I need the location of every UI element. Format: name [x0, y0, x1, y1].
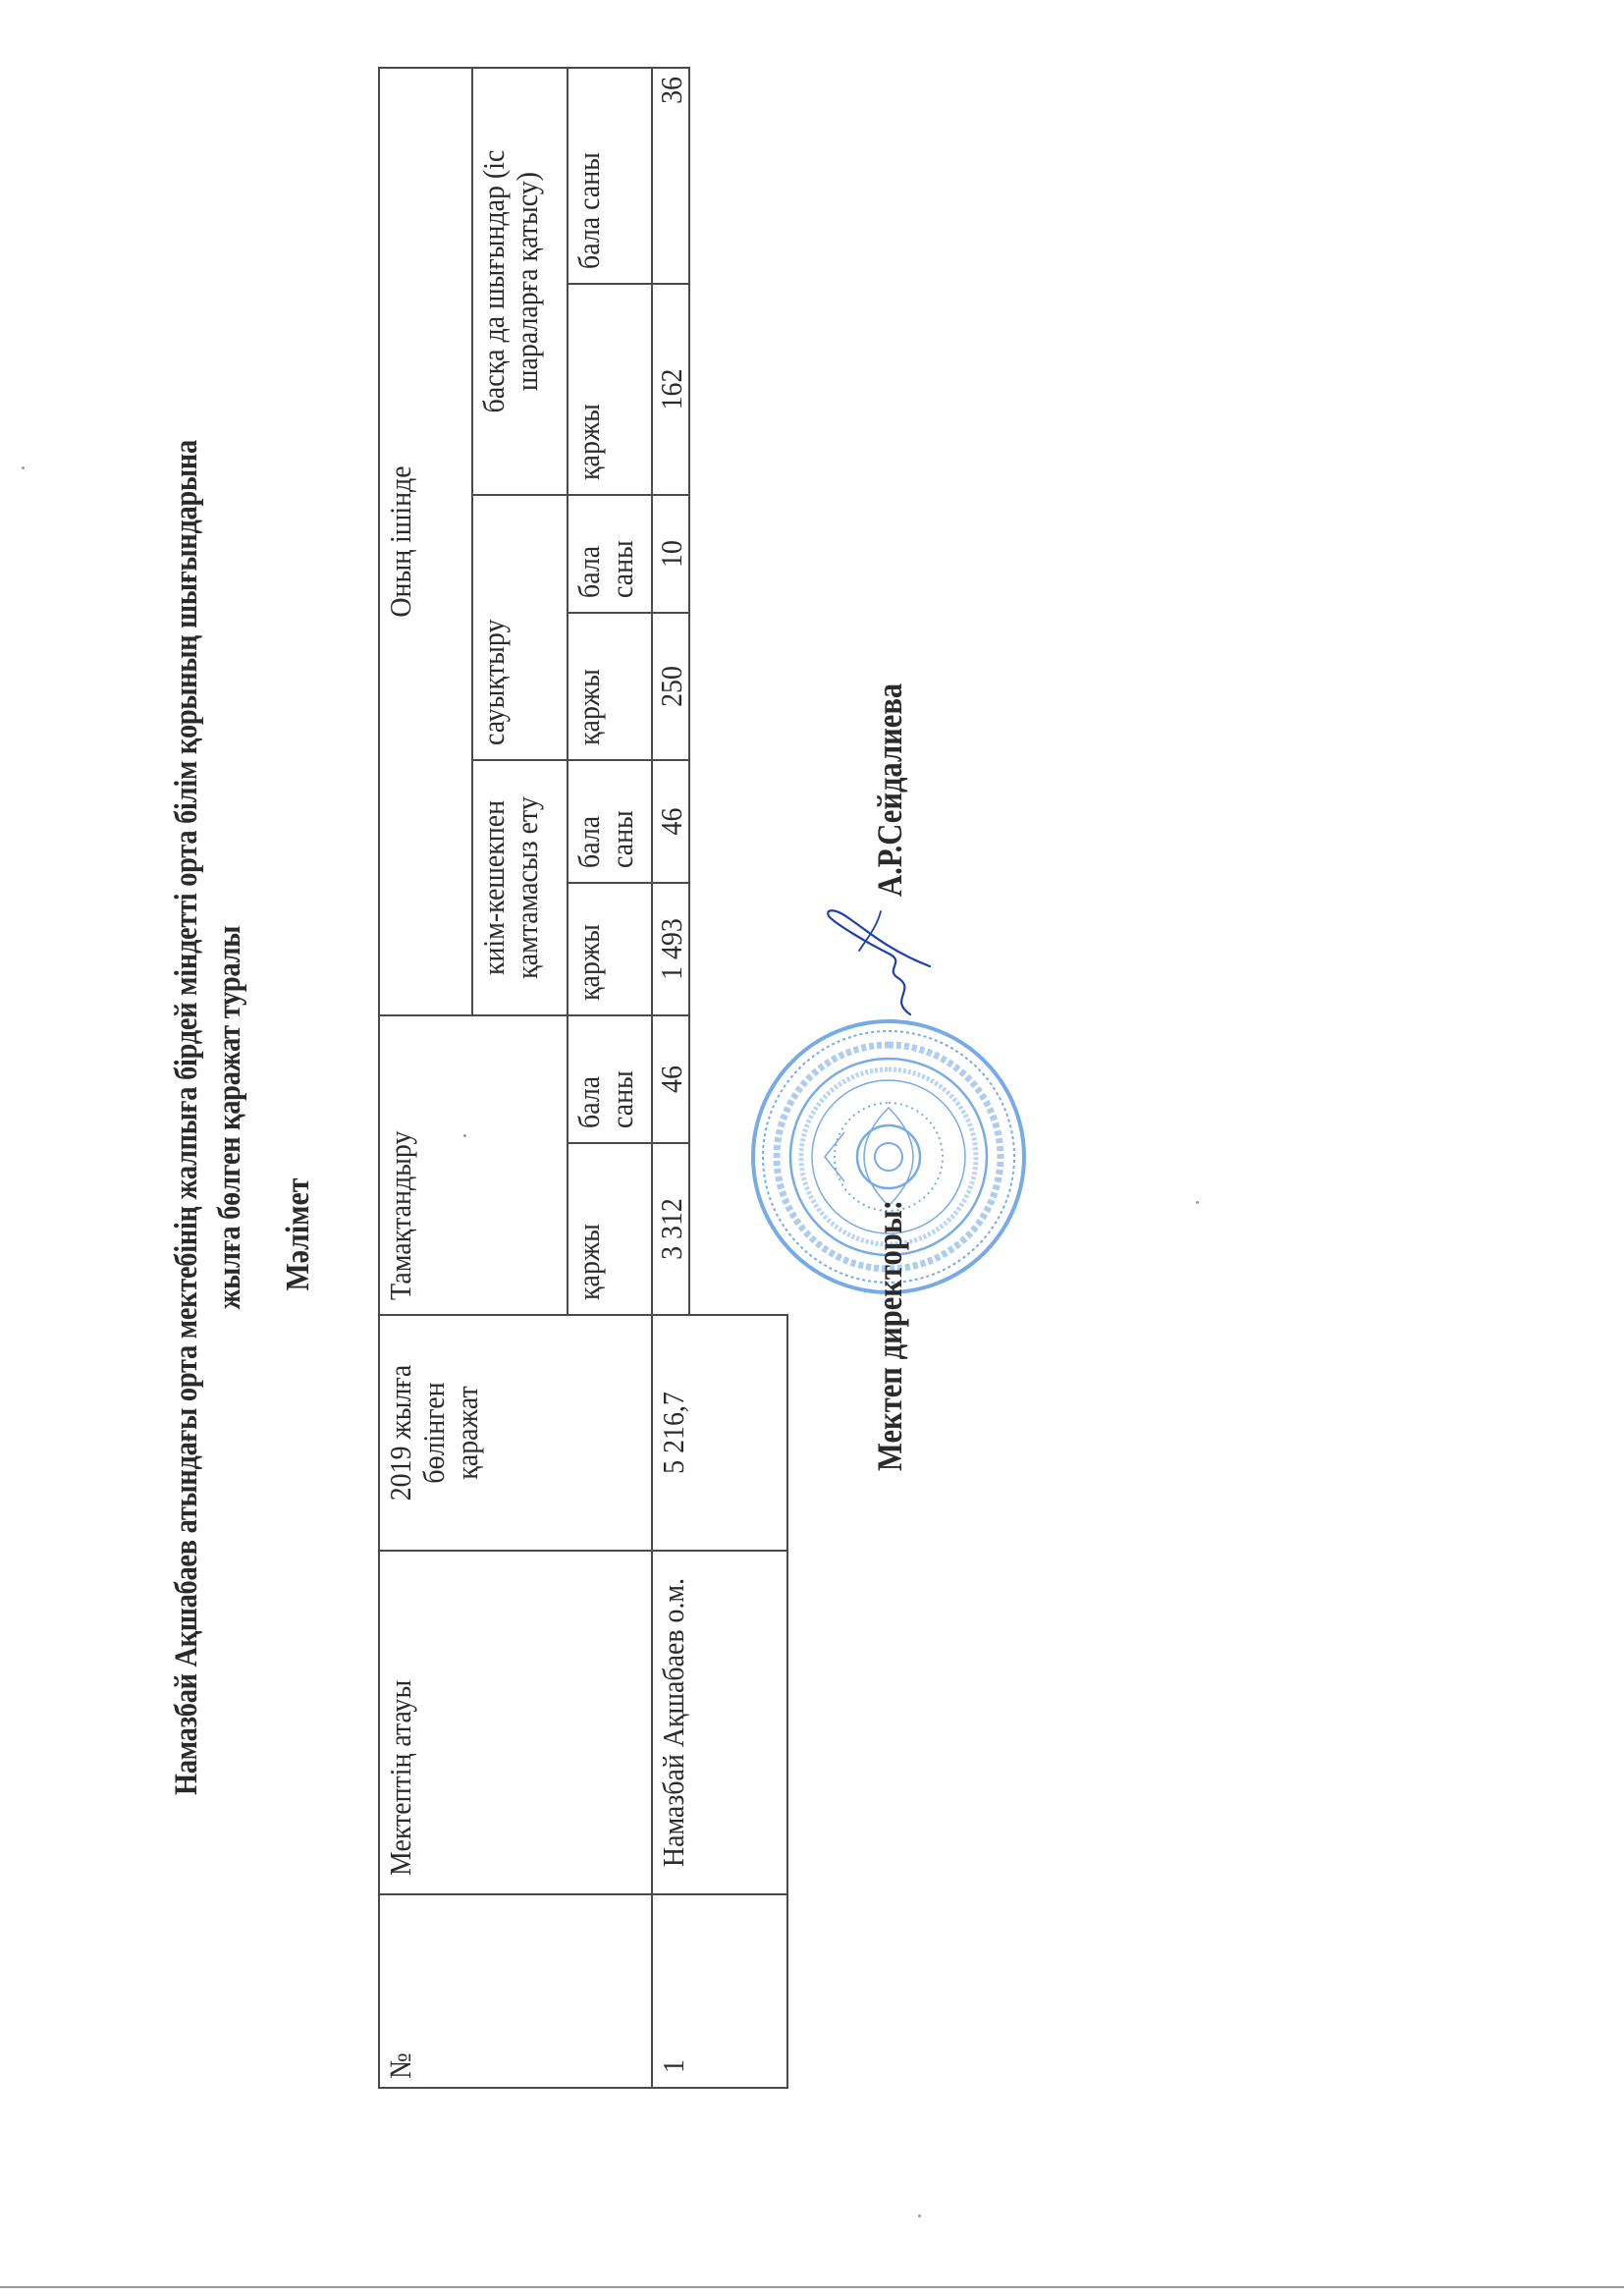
subtitle-text: Мәлімет [280, 1178, 316, 1291]
cell-row1-clothing-children: 46 [651, 759, 690, 884]
cell-row1-other-money: 162 [651, 283, 690, 496]
cell-row1-nutrition-children: 46 [651, 1014, 690, 1144]
cell-row1-other-children: 36 [651, 67, 690, 285]
header-other: басқа да шығындар (іс шараларға қатысу) [471, 67, 568, 496]
header-other-children: бала саны [567, 67, 653, 285]
scan-speck [22, 466, 25, 469]
director-name: А.Р.Сейдалиева [869, 683, 910, 897]
header-including: Оның ішінде [378, 67, 473, 1016]
scan-speck [463, 1134, 466, 1137]
cell-row1-health-children: 10 [651, 494, 690, 614]
title-line-1: Намазбай Ақшабаев атындағы орта мектебін… [165, 391, 208, 1843]
cell-row1-allocated-2019: 5 216,7 [651, 1314, 788, 1552]
header-clothing-children: бала саны [567, 759, 653, 884]
header-nutrition-children: бала саны [567, 1014, 653, 1144]
cell-row1-nutrition-money: 3 312 [651, 1142, 690, 1316]
cell-row1-clothing-money: 1 493 [651, 882, 690, 1016]
header-nutrition: Тамақтандыру [378, 1014, 568, 1316]
header-health: сауықтыру [471, 494, 568, 761]
cell-row1-health-money: 250 [651, 612, 690, 761]
scan-edge-line [0, 2286, 1624, 2288]
cell-row1-number: 1 [651, 1893, 788, 2089]
header-number: № [378, 1893, 653, 2089]
header-other-money: қаржы [567, 283, 653, 496]
header-health-children: бала саны [567, 494, 653, 614]
scan-speck [918, 2214, 921, 2217]
header-allocated-2019: 2019 жылға бөлінген қаражат [378, 1314, 653, 1552]
document-subtitle: Мәлімет [280, 137, 317, 2158]
document-title: Намазбай Ақшабаев атындағы орта мектебін… [165, 391, 251, 1843]
header-clothing: киім-кешекпен қамтамасыз ету [471, 759, 568, 1016]
header-nutrition-money: қаржы [567, 1142, 653, 1316]
document-page: Намазбай Ақшабаев атындағы орта мектебін… [0, 0, 1624, 2296]
header-clothing-money: қаржы [567, 882, 653, 1016]
cell-row1-school-name: Намазбай Ақшабаев о.м. [651, 1550, 788, 1895]
scan-speck [1196, 1201, 1199, 1204]
header-school-name: Мектептің атауы [378, 1550, 653, 1895]
signature-block: Мектеп директоры: А.Р.Сейдалиева [869, 0, 928, 2296]
header-health-money: қаржы [567, 612, 653, 761]
director-label: Мектеп директоры: [869, 1200, 910, 1471]
title-line-2: жылға бөлген қаражат туралы [208, 391, 251, 1843]
